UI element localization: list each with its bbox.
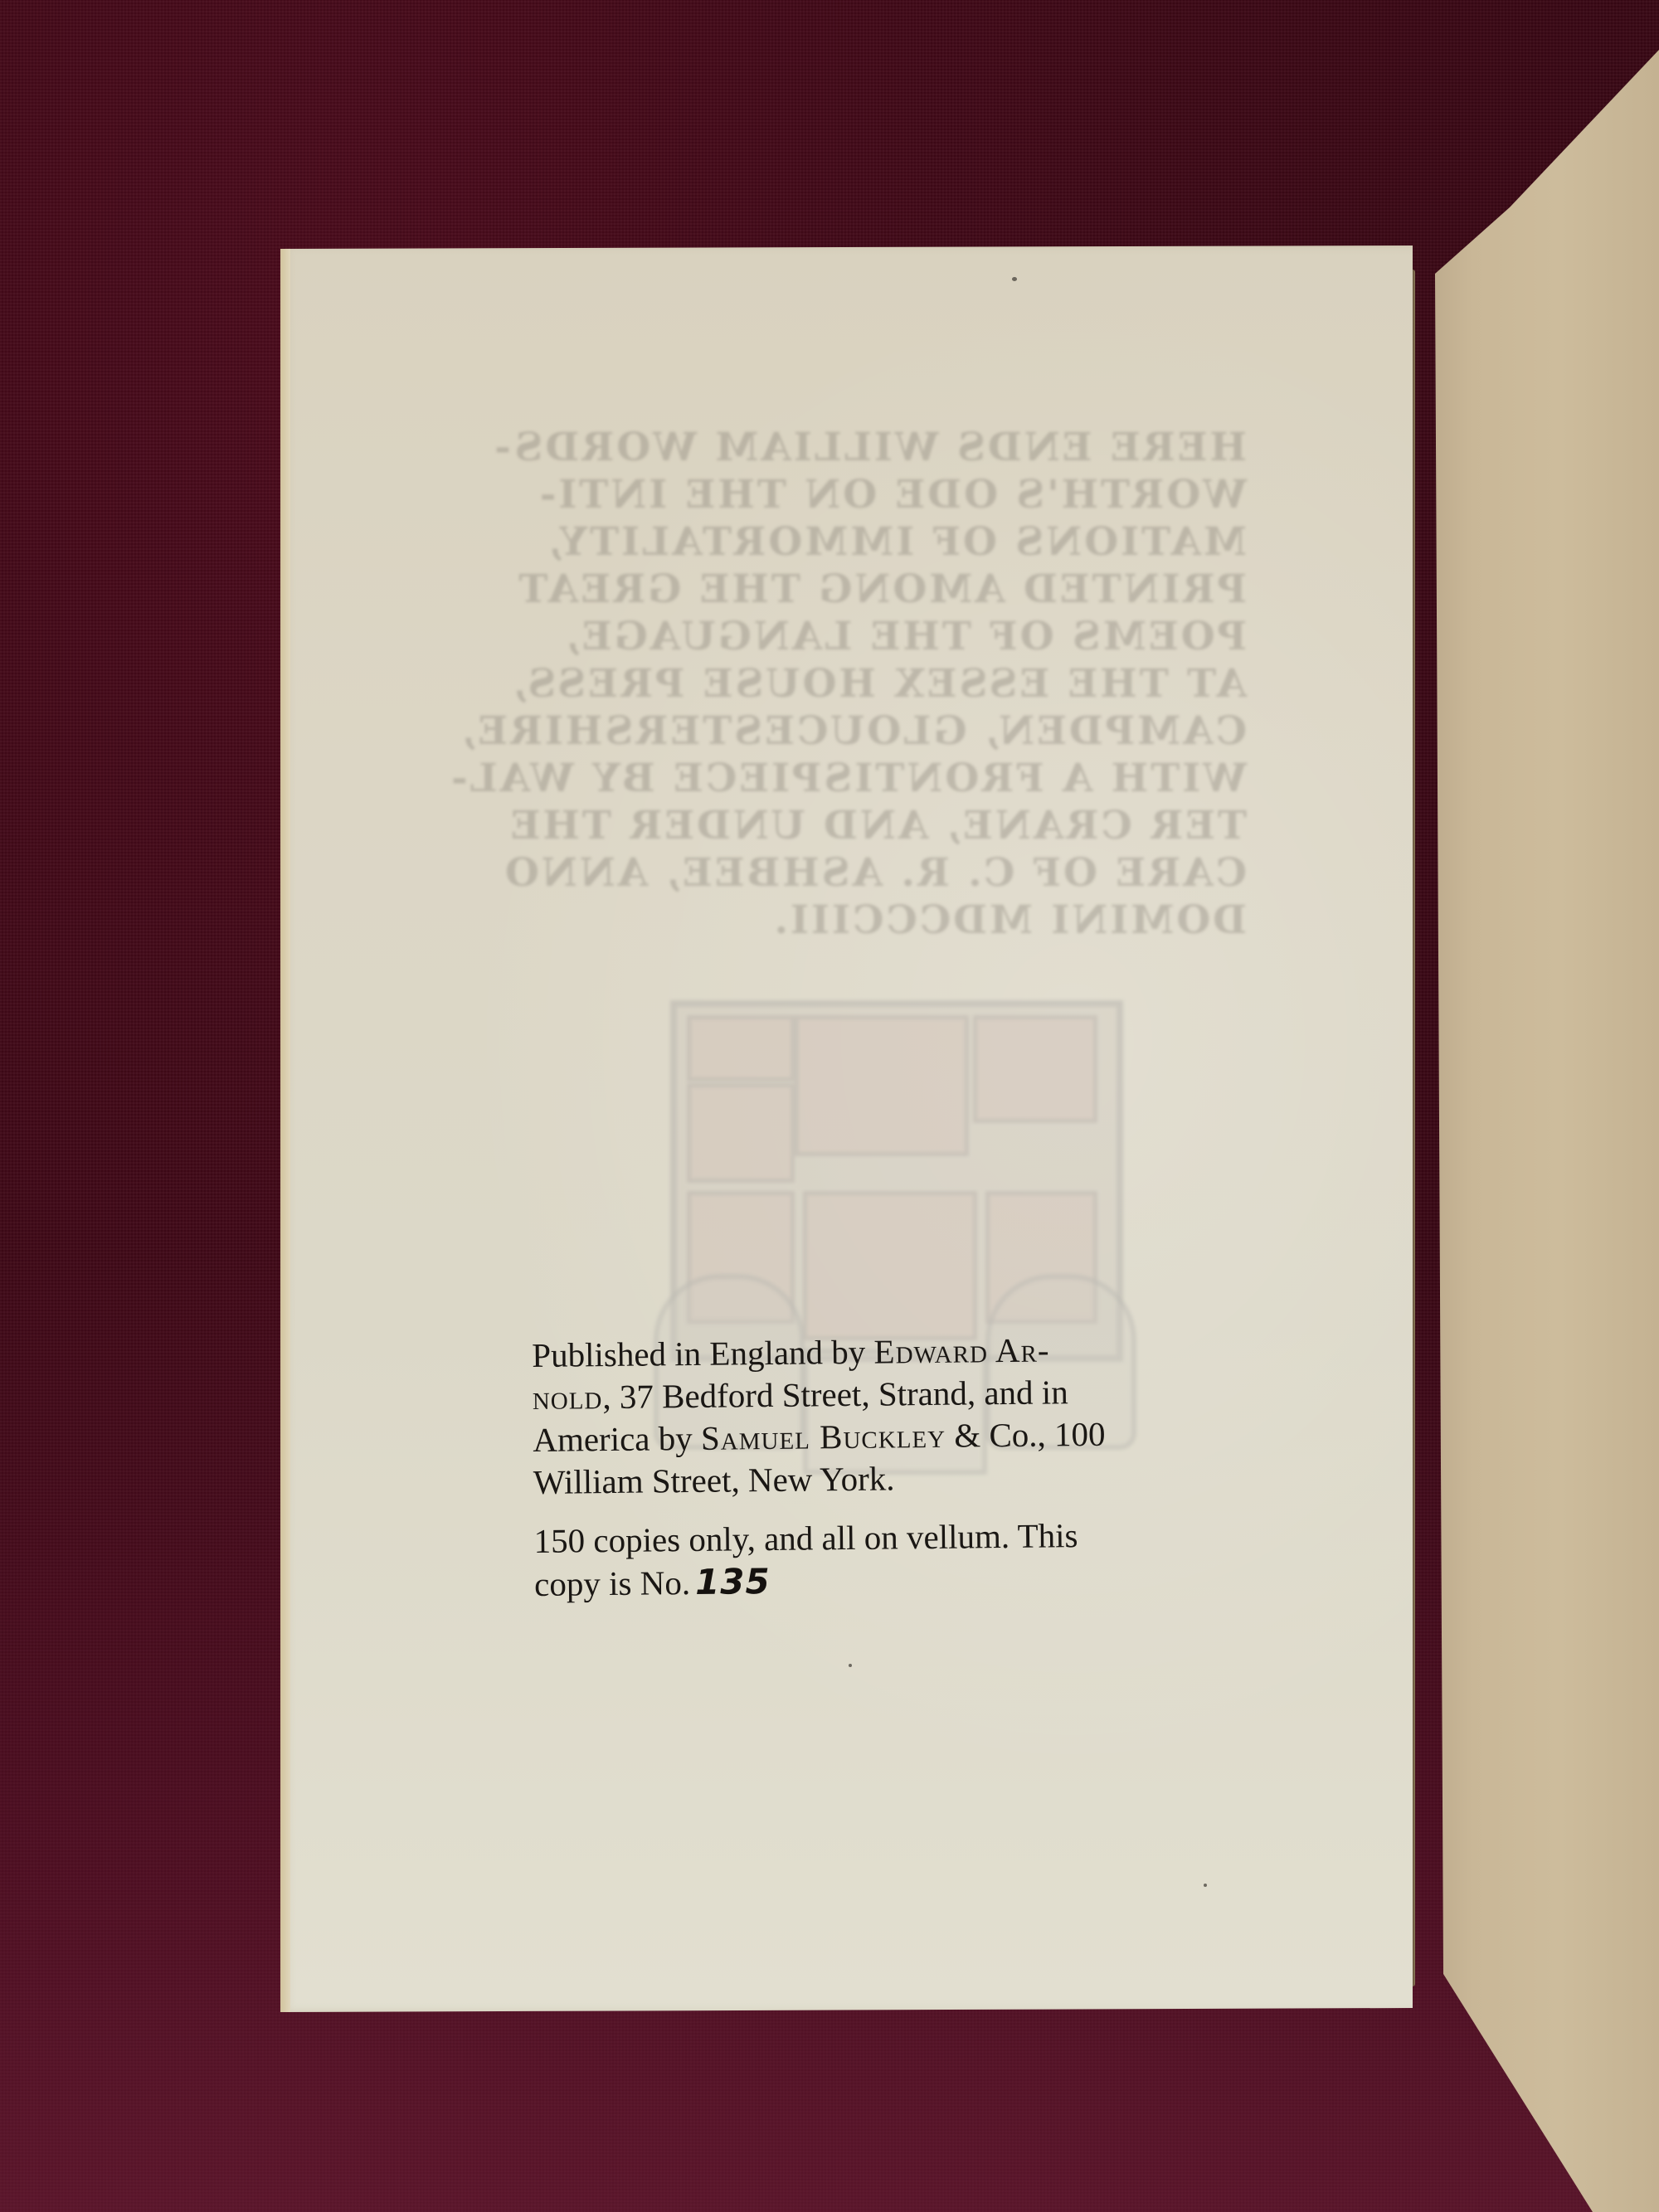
show-through-line: CAMPDEN, GLOUCESTERSHIRE, xyxy=(533,707,1247,755)
paper-speck xyxy=(849,1664,852,1667)
show-through-line: HERE ENDS WILLIAM WORDS- xyxy=(533,424,1247,471)
show-through-line: WITH A FRONTISPIECE BY WAL- xyxy=(533,755,1247,802)
show-through-line: WORTH'S ODE ON THE INTI- xyxy=(533,471,1247,518)
printers-mark-panel xyxy=(795,1015,969,1156)
show-through-line: DOMINI MDCCCIII. xyxy=(533,897,1247,944)
paper-speck xyxy=(1012,277,1017,281)
copy-label: copy is No. xyxy=(534,1563,690,1603)
imprint-text-run: & Co., 100 xyxy=(946,1415,1106,1455)
show-through-line: TER CRANE, AND UNDER THE xyxy=(533,802,1247,849)
show-through-line: CARE OF C. R. ASHBEE, ANNO xyxy=(533,849,1247,897)
show-through-line: PRINTED AMONG THE GREAT xyxy=(533,566,1247,613)
imprint-text-run: America by xyxy=(533,1419,701,1459)
imprint-text-run: , 37 Bedford Street, Strand, and in xyxy=(602,1373,1068,1416)
printers-mark-panel xyxy=(973,1015,1097,1123)
limitation-statement: 150 copies only, and all on vellum. This… xyxy=(533,1513,1223,1606)
vellum-page: HERE ENDS WILLIAM WORDS- WORTH'S ODE ON … xyxy=(280,246,1413,2012)
publisher-name-uk-cont: nold xyxy=(533,1378,603,1417)
show-through-line: MATIONS OF IMMORTALITY, xyxy=(533,518,1247,566)
imprint-text: Published in England by Edward Ar- nold,… xyxy=(532,1327,1223,1606)
imprint-line: William Street, New York. xyxy=(533,1454,1222,1504)
limitation-line: copy is No.135 xyxy=(534,1555,1223,1606)
publisher-name-uk: Edward Ar- xyxy=(873,1330,1049,1370)
handwritten-copy-number: 135 xyxy=(695,1561,771,1602)
paper-speck xyxy=(1204,1884,1207,1887)
imprint-line: nold, 37 Bedford Street, Strand, and in xyxy=(533,1369,1221,1419)
show-through-colophon: HERE ENDS WILLIAM WORDS- WORTH'S ODE ON … xyxy=(533,424,1247,944)
printers-mark-panel xyxy=(687,1015,795,1082)
page-edge xyxy=(280,246,290,2012)
show-through-line: POEMS OF THE LANGUAGE, xyxy=(533,613,1247,660)
show-through-line: AT THE ESSEX HOUSE PRESS, xyxy=(533,660,1247,707)
imprint-line: America by Samuel Buckley & Co., 100 xyxy=(533,1412,1221,1461)
imprint-text-run: Published in England by xyxy=(532,1333,874,1374)
imprint-line: Published in England by Edward Ar- xyxy=(532,1327,1220,1377)
limitation-line: 150 copies only, and all on vellum. This xyxy=(533,1513,1222,1563)
printers-mark-panel xyxy=(687,1083,795,1183)
printers-mark-panel xyxy=(803,1191,977,1340)
facing-page xyxy=(1410,0,1659,2212)
publisher-name-us: Samuel Buckley xyxy=(701,1417,946,1457)
